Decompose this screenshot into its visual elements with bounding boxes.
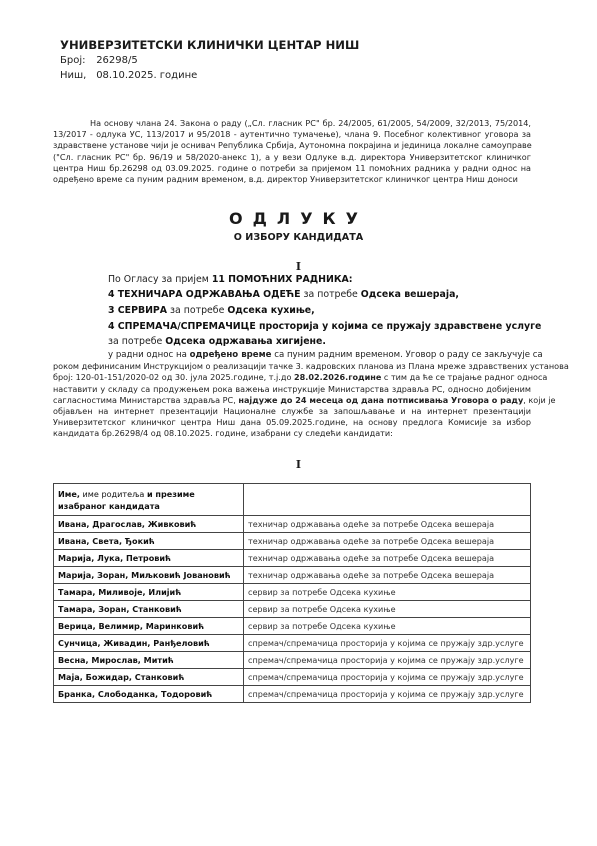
candidate-name: Марија, Зоран, Миљковић Јовановић [54,567,244,584]
candidate-position: сервир за потребе Одсека кухиње [244,584,531,601]
candidate-name: Тамара, Зоран, Станковић [54,601,244,618]
candidate-name: Ивана, Света, Ђокић [54,533,244,550]
body-line: објављен на интернет презентацији Национ… [53,406,531,417]
candidate-position: спремач/спремачица просторија у којима с… [244,652,531,669]
intro-bold: 11 ПОМОЋНИХ РАДНИКА: [212,274,353,285]
table-row: Весна, Мирослав, Митићспремач/спремачица… [54,652,531,669]
preamble-line: одређено време са пуним радним временом,… [53,174,531,185]
document-number: Број: 26298/5 [60,55,138,66]
item-2-dept: Одсека кухиње, [227,305,314,316]
position-item-3: 4 СПРЕМАЧА/СПРЕМАЧИЦЕ просторија у којим… [108,319,541,334]
body-line: у радни однос на одређено време са пуним… [53,350,531,361]
body-line: Универзитетског клиничког центра Ниш дан… [53,417,531,428]
candidate-name: Тамара, Миливоје, Илијић [54,584,244,601]
table-row: Верица, Велимир, Маринковићсервир за пот… [54,618,531,635]
header-position-column [244,484,531,516]
candidates-table: Име, име родитеља и презиме изабраног ка… [53,483,531,703]
item-1-text: за потребе [301,289,361,300]
candidate-position: техничар одржавања одеће за потребе Одсе… [244,533,531,550]
document-date: Ниш, 08.10.2025. године [60,70,197,81]
table-row: Марија, Лука, Петровићтехничар одржавања… [54,550,531,567]
preamble-paragraph: На основу члана 24. Закона о раду („Сл. … [53,118,531,185]
preamble-line: центра Ниш бр.26298 од 03.09.2025. годин… [53,163,531,174]
body-line: сагласностима Министарства здравља РС, н… [53,395,531,406]
candidate-name: Маја, Божидар, Станковић [54,669,244,686]
candidate-name: Верица, Велимир, Маринковић [54,618,244,635]
section-1-intro: По Огласу за пријем 11 ПОМОЋНИХ РАДНИКА: [108,272,353,287]
item-3-dept: Одсека одржавања хигијене. [165,336,326,347]
table-row: Ивана, Света, Ђокићтехничар одржавања од… [54,533,531,550]
body-line: кандидата бр.26298/4 од 08.10.2025. годи… [53,428,531,439]
position-item-2: 3 СЕРВИРА за потребе Одсека кухиње, [108,303,315,318]
preamble-line: ("Сл. гласник РС" бр. 96/19 и 58/2020-ан… [53,152,531,163]
table-row: Марија, Зоран, Миљковић Јовановићтехнича… [54,567,531,584]
candidate-name: Марија, Лука, Петровић [54,550,244,567]
candidate-name: Бранка, Слободанка, Тодоровић [54,686,244,703]
decision-subtitle: О ИЗБОРУ КАНДИДАТА [0,232,597,243]
table-row: Сунчица, Живадин, Ранђеловићспремач/спре… [54,635,531,652]
body-line: роком дефинисаним Инструкцијом о реализа… [53,361,531,372]
intro-prefix: По Огласу за пријем [108,274,212,285]
item-2-text: за потребе [167,305,227,316]
candidate-position: техничар одржавања одеће за потребе Одсе… [244,567,531,584]
item-3-count: 4 СПРЕМАЧА/СПРЕМАЧИЦЕ просторија у којим… [108,321,541,332]
document-number-value: 26298/5 [96,55,138,66]
preamble-line: здравствене установе чији је оснивач Реп… [53,140,531,151]
preamble-line: 13/2017 - одлука УС, 113/2017 и 95/2018 … [53,129,531,140]
section-1-body: у радни однос на одређено време са пуним… [53,350,531,440]
candidate-name: Весна, Мирослав, Митић [54,652,244,669]
section-2-numeral: I [0,458,597,471]
body-line: наставити у складу са продужењем рока ва… [53,384,531,395]
preamble-line: На основу члана 24. Закона о раду („Сл. … [53,118,531,129]
institution-name: УНИВЕРЗИТЕТСКИ КЛИНИЧКИ ЦЕНТАР НИШ [60,38,359,52]
table-row: Тамара, Миливоје, Илијићсервир за потреб… [54,584,531,601]
position-item-3-dept: за потребе Одсека одржавања хигијене. [108,334,326,349]
table-row: Ивана, Драгослав, Живковићтехничар одржа… [54,516,531,533]
document-place-label: Ниш, [60,70,93,81]
table-row: Бранка, Слободанка, Тодоровићспремач/спр… [54,686,531,703]
item-1-count: 4 ТЕХНИЧАРА ОДРЖАВАЊА ОДЕЋЕ [108,289,301,300]
item-3-text: за потребе [108,336,165,347]
candidate-position: спремач/спремачица просторија у којима с… [244,669,531,686]
item-2-count: 3 СЕРВИРА [108,305,167,316]
candidate-position: техничар одржавања одеће за потребе Одсе… [244,516,531,533]
header-name-column: Име, име родитеља и презиме изабраног ка… [54,484,244,516]
candidate-name: Ивана, Драгослав, Живковић [54,516,244,533]
table-row: Тамара, Зоран, Станковићсервир за потреб… [54,601,531,618]
table-header-row: Име, име родитеља и презиме изабраног ка… [54,484,531,516]
document-number-label: Број: [60,55,93,66]
candidate-position: сервир за потребе Одсека кухиње [244,601,531,618]
table-row: Маја, Божидар, Станковићспремач/спремачи… [54,669,531,686]
candidate-name: Сунчица, Живадин, Ранђеловић [54,635,244,652]
decision-title: ОДЛУКУ [0,209,597,228]
candidate-position: спремач/спремачица просторија у којима с… [244,686,531,703]
document-date-value: 08.10.2025. године [96,70,197,81]
candidate-position: спремач/спремачица просторија у којима с… [244,635,531,652]
body-line: број: 120-01-151/2020-02 од 30. јула 202… [53,372,531,383]
item-1-dept: Одсека вешераја, [361,289,459,300]
position-item-1: 4 ТЕХНИЧАРА ОДРЖАВАЊА ОДЕЋЕ за потребе О… [108,287,459,302]
candidate-position: техничар одржавања одеће за потребе Одсе… [244,550,531,567]
candidate-position: сервир за потребе Одсека кухиње [244,618,531,635]
